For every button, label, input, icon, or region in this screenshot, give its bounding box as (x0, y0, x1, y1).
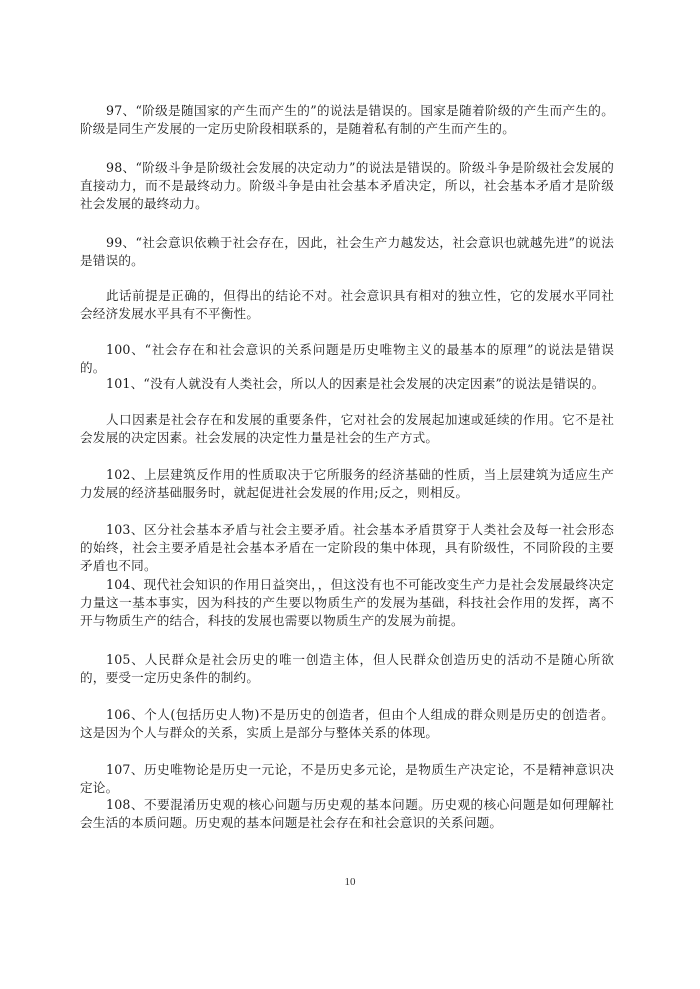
paragraph-108: 108、不要混淆历史观的核心问题与历史观的基本问题。历史观的核心问题是如何理解社… (80, 796, 614, 832)
paragraph-104: 104、现代社会知识的作用日益突出，，但这没有也不可能改变生产力是社会发展最终决… (80, 576, 614, 630)
page-number: 10 (0, 876, 700, 888)
paragraph-101-explanation: 人口因素是社会存在和发展的重要条件，它对社会的发展起加速或延续的作用。它不是社会… (80, 411, 614, 447)
paragraph-107: 107、历史唯物论是历史一元论，不是历史多元论，是物质生产决定论，不是精神意识决… (80, 761, 614, 797)
paragraph-100: 100、“社会存在和社会意识的关系问题是历史唯物主义的最基本的原理”的说法是错误… (80, 341, 614, 377)
paragraph-103: 103、区分社会基本矛盾与社会主要矛盾。社会基本矛盾贯穿于人类社会及每一社会形态… (80, 521, 614, 575)
paragraph-102: 102、上层建筑反作用的性质取决于它所服务的经济基础的性质，当上层建筑为适应生产… (80, 466, 614, 502)
document-page: 97、“阶级是随国家的产生而产生的”的说法是错误的。国家是随着阶级的产生而产生的… (0, 0, 700, 989)
paragraph-98: 98、“阶级斗争是阶级社会发展的决定动力”的说法是错误的。阶级斗争是阶级社会发展… (80, 159, 614, 213)
paragraph-101: 101、“没有人就没有人类社会，所以人的因素是社会发展的决定因素”的说法是错误的… (80, 375, 614, 393)
paragraph-106: 106、个人(包括历史人物)不是历史的创造者，但由个人组成的群众则是历史的创造者… (80, 706, 614, 742)
paragraph-97: 97、“阶级是随国家的产生而产生的”的说法是错误的。国家是随着阶级的产生而产生的… (80, 102, 614, 138)
paragraph-99-explanation: 此话前提是正确的，但得出的结论不对。社会意识具有相对的独立性，它的发展水平同社会… (80, 287, 614, 323)
paragraph-105: 105、人民群众是社会历史的唯一创造主体，但人民群众创造历史的活动不是随心所欲的… (80, 651, 614, 687)
paragraph-99: 99、“社会意识依赖于社会存在，因此，社会生产力越发达，社会意识也就越先进”的说… (80, 234, 614, 270)
